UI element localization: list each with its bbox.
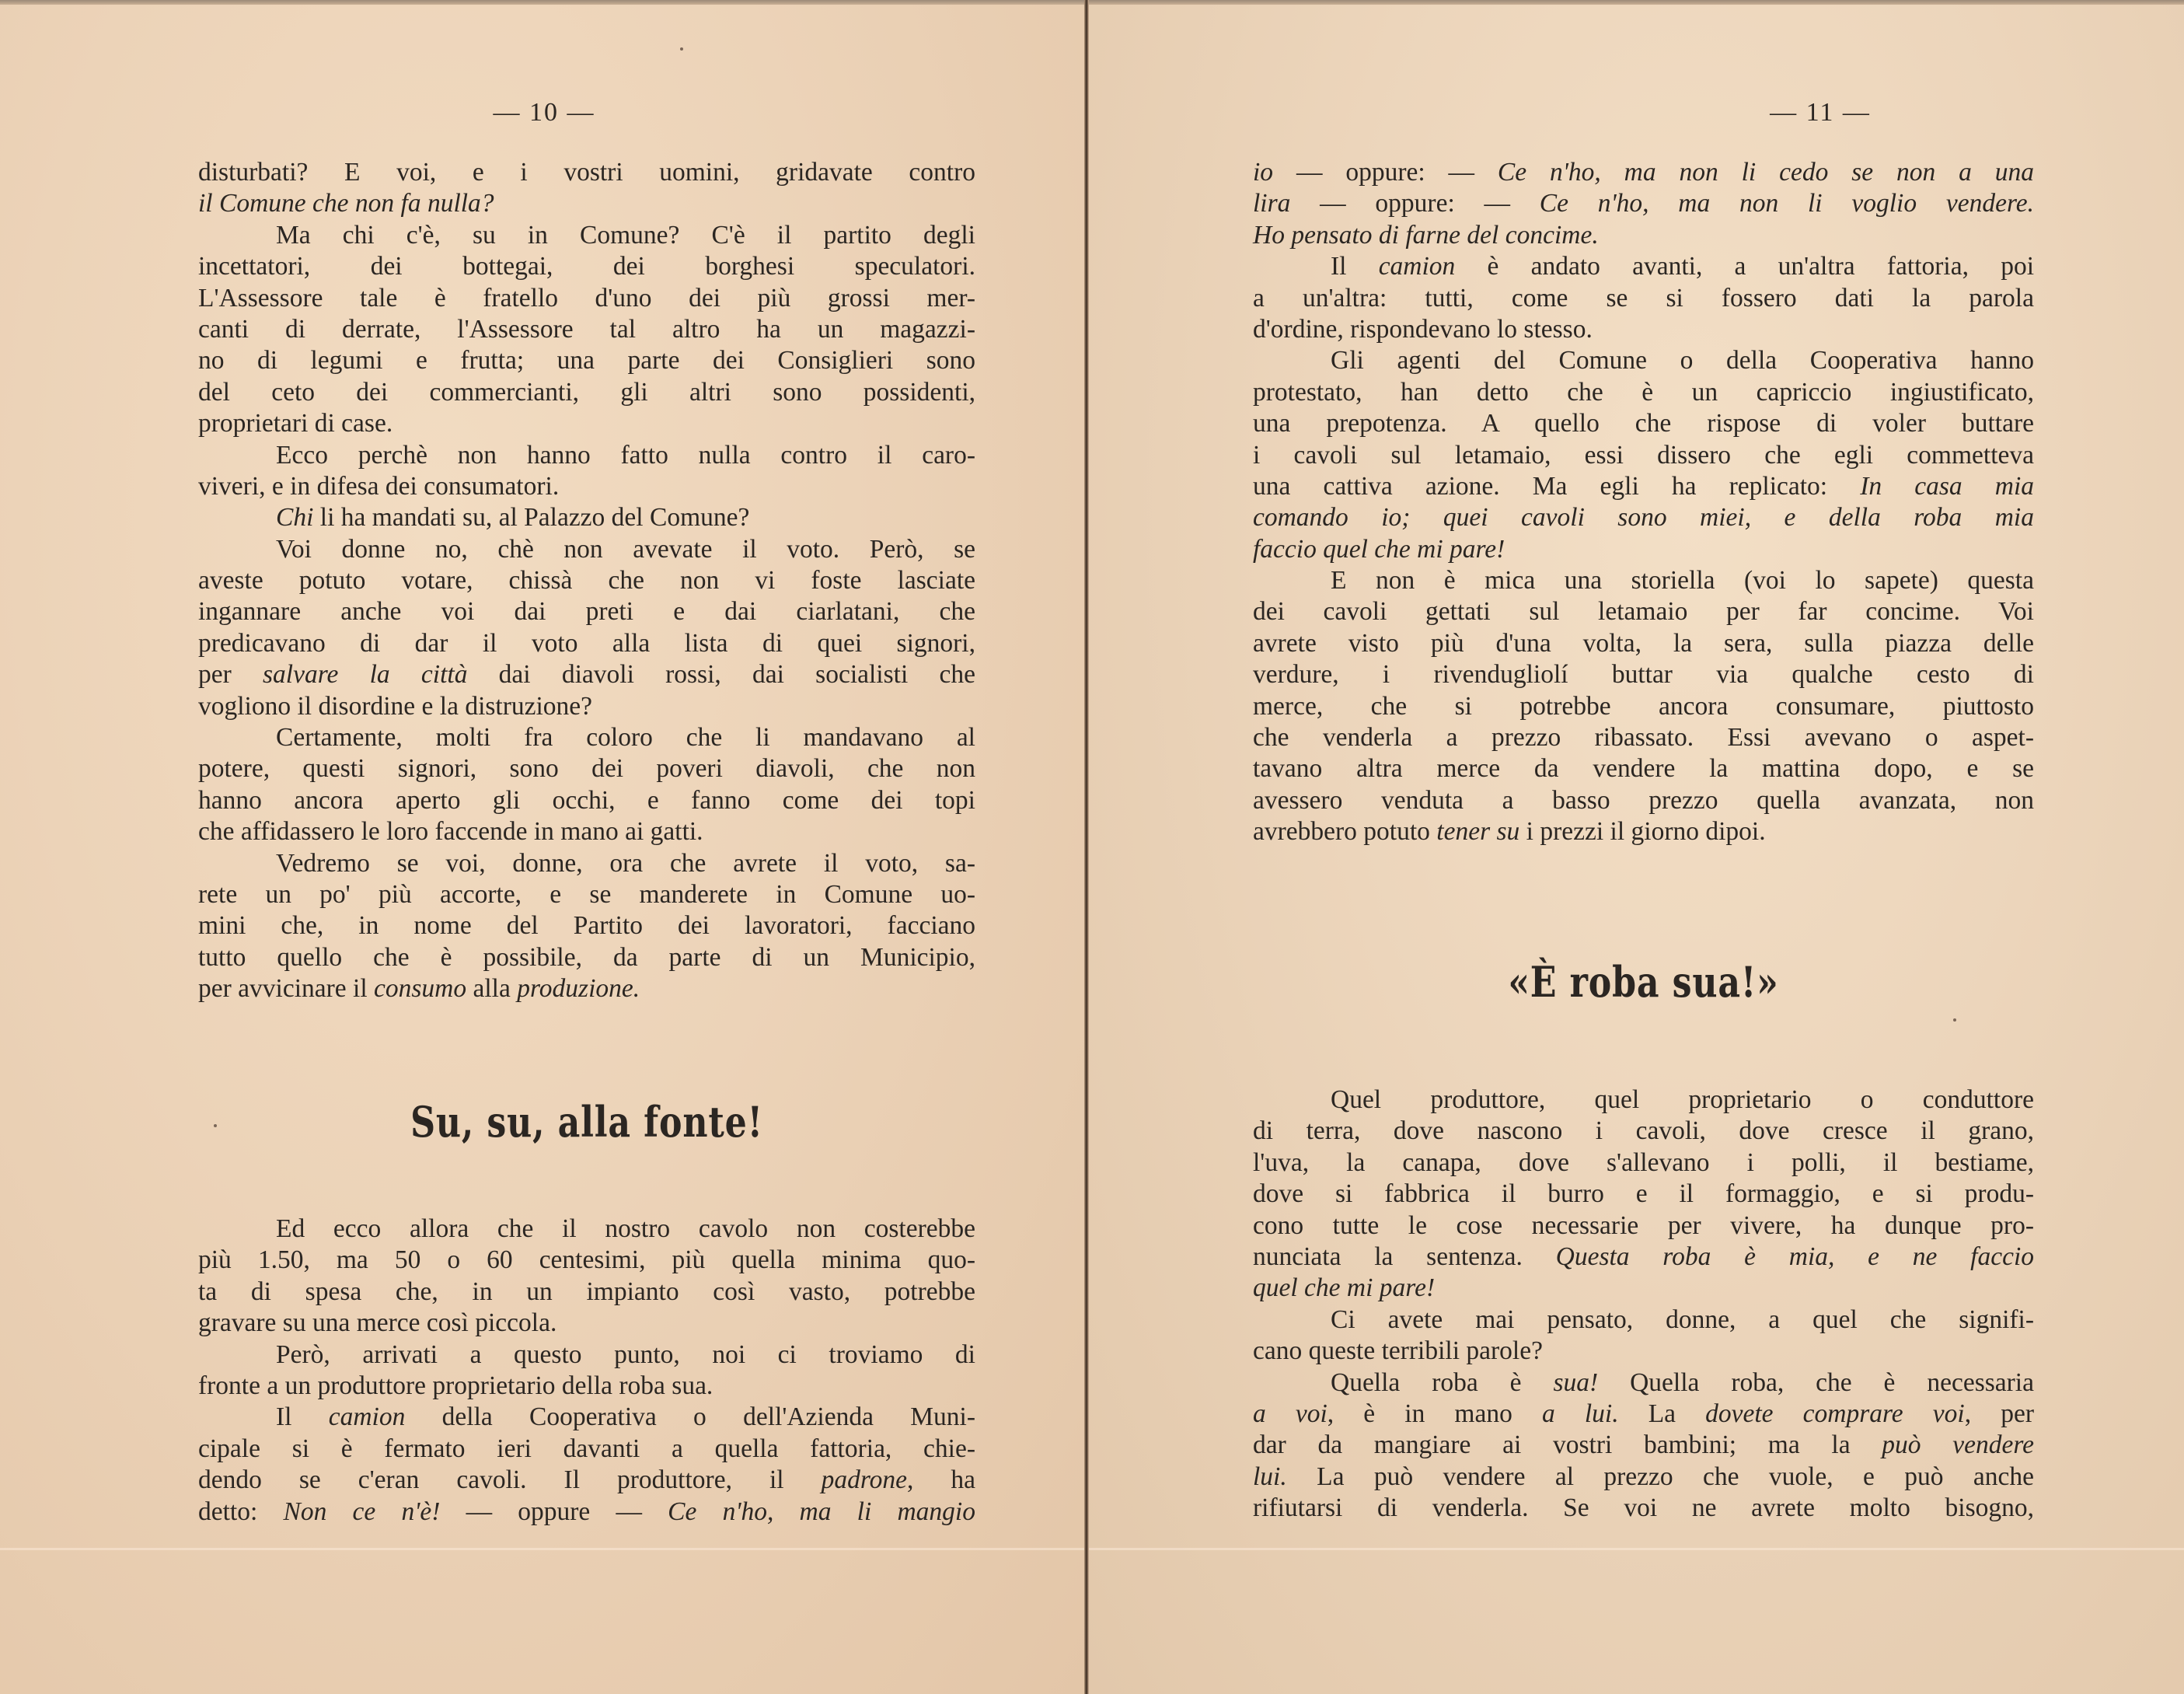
text-line: fronte a un produttore proprietario dell… [198,1371,975,1402]
text-line: Ho pensato di farne del concime. [1253,220,2034,251]
paper-speck [680,47,683,51]
text-run: Voi donne no, chè non avevate il voto. P… [276,535,975,564]
text-line: cono tutte le cose necessarie per vivere… [1253,1210,2034,1242]
text-line: cipale si è fermato ieri davanti a quell… [198,1434,975,1465]
text-run: incettatori, dei bottegai, dei borghesi … [198,252,975,281]
text-line: che affidassero le loro faccende in mano… [198,816,975,847]
italic-text: Ce n'ho, ma non li voglio vendere. [1540,189,2034,218]
text-run: che venderla a prezzo ribassato. Essi av… [1253,723,2034,752]
text-run: — oppure — [440,1497,668,1526]
text-run: Ma chi c'è, su in Comune? C'è il partito… [276,221,975,250]
text-run: aveste potuto votare, chissà che non vi … [198,566,975,595]
text-run: avrebbero potuto [1253,817,1436,846]
text-run: , è in mano [1327,1399,1542,1428]
left-page: — 10 — disturbati? E voi, e i vostri uom… [0,5,1087,1694]
text-line: rete un po' più accorte, e se manderete … [198,879,975,910]
text-line: potere, questi signori, sono dei poveri … [198,753,975,784]
text-run: potere, questi signori, sono dei poveri … [198,754,975,783]
text-run: d'ordine, rispondevano lo stesso. [1253,315,1593,344]
fold-crease [1089,1548,2184,1550]
text-run: fronte a un produttore proprietario dell… [198,1371,713,1400]
text-run: dei cavoli gettati sul letamaio per far … [1253,597,2034,626]
text-run: li ha mandati su, al Palazzo del Comune? [313,503,749,532]
text-line: ta di spesa che, in un impianto così vas… [198,1277,975,1308]
text-line: io — oppure: — Ce n'ho, ma non li cedo s… [1253,157,2034,188]
text-run: gravare su una merce così piccola. [198,1308,556,1337]
italic-text: lira [1253,189,1290,218]
text-line: detto: Non ce n'è! — oppure — Ce n'ho, m… [198,1497,975,1528]
text-run: proprietari di case. [198,409,392,438]
text-line: tavano altra merce da vendere la mattina… [1253,753,2034,784]
italic-text: Non ce n'è! [283,1497,440,1526]
text-line: gravare su una merce così piccola. [198,1308,975,1339]
text-line: dei cavoli gettati sul letamaio per far … [1253,596,2034,627]
text-line: avessero venduta a basso prezzo quella a… [1253,785,2034,816]
text-line: i cavoli sul letamaio, essi dissero che … [1253,440,2034,471]
text-run: E non è mica una storiella (voi lo sapet… [1331,566,2034,595]
text-run: Il [1331,252,1379,281]
italic-text: Ce n'ho, ma non li cedo se non a una [1498,158,2034,187]
italic-text: comando io; quei cavoli sono miei, e del… [1253,503,2034,532]
text-line: Certamente, molti fra coloro che li mand… [198,722,975,753]
text-run: tutto quello che è possibile, da parte d… [198,943,975,972]
text-run: verdure, i rivendugliolí buttar via qual… [1253,660,2034,689]
text-run: una prepotenza. A quello che rispose di … [1253,409,2034,438]
text-line: una cattiva azione. Ma egli ha replicato… [1253,471,2034,502]
italic-text: può vendere [1882,1430,2034,1459]
italic-text: camion [1379,252,1456,281]
text-line: comando io; quei cavoli sono miei, e del… [1253,502,2034,533]
section-heading: Su, su, alla fonte! [268,1097,905,1147]
text-run: protestato, han detto che è un capriccio… [1253,378,2034,407]
text-run: i prezzi il giorno dipoi. [1519,817,1765,846]
text-line: verdure, i rivendugliolí buttar via qual… [1253,659,2034,690]
italic-text: Questa roba è mia, e ne faccio [1556,1242,2034,1271]
text-run: — oppure: — [1273,158,1498,187]
text-run: mini che, in nome del Partito dei lavora… [198,911,975,940]
text-line: mini che, in nome del Partito dei lavora… [198,910,975,941]
text-run: i cavoli sul letamaio, essi dissero che … [1253,441,2034,470]
text-run: del ceto dei commercianti, gli altri son… [198,378,975,407]
italic-text: consumo [374,974,466,1003]
right-page: — 11 — io — oppure: — Ce n'ho, ma non li… [1089,5,2184,1694]
text-run: detto: [198,1497,283,1526]
text-run: cono tutte le cose necessarie per vivere… [1253,1211,2034,1240]
left-section1-text: disturbati? E voi, e i vostri uomini, gr… [198,157,975,1005]
text-line: Quel produttore, quel proprietario o con… [1253,1085,2034,1116]
text-run: è andato avanti, a un'altra fattoria, po… [1455,252,2034,281]
page-number: — 11 — [1665,98,1976,127]
text-line: avrete visto più d'una volta, la sera, s… [1253,628,2034,659]
text-line: incettatori, dei bottegai, dei borghesi … [198,251,975,282]
italic-text: a lui. [1542,1399,1619,1428]
text-run: L'Assessore tale è fratello d'uno dei pi… [198,284,975,313]
text-run: Ed ecco allora che il nostro cavolo non … [276,1214,975,1243]
right-section1-text: io — oppure: — Ce n'ho, ma non li cedo s… [1253,157,2034,848]
text-run: Gli agenti del Comune o della Cooperativ… [1331,346,2034,375]
text-line: di terra, dove nascono i cavoli, dove cr… [1253,1116,2034,1147]
text-run: avrete visto più d'una volta, la sera, s… [1253,629,2034,658]
text-run: Ecco perchè non hanno fatto nulla contro… [276,441,975,470]
text-line: Quella roba è sua! Quella roba, che è ne… [1253,1367,2034,1399]
text-line: dar da mangiare ai vostri bambini; ma la… [1253,1430,2034,1461]
section-heading: «È roba sua!» [1323,957,1963,1007]
text-run: merce, che si potrebbe ancora consumare,… [1253,692,2034,721]
right-section2-text: Quel produttore, quel proprietario o con… [1253,1085,2034,1524]
text-line: quel che mi pare! [1253,1273,2034,1304]
text-line: merce, che si potrebbe ancora consumare,… [1253,691,2034,722]
text-line: che venderla a prezzo ribassato. Essi av… [1253,722,2034,753]
text-line: faccio quel che mi pare! [1253,534,2034,565]
text-line: lira — oppure: — Ce n'ho, ma non li vogl… [1253,188,2034,219]
text-run: per avvicinare il [198,974,374,1003]
text-run: Certamente, molti fra coloro che li mand… [276,723,975,752]
text-run: disturbati? E voi, e i vostri uomini, gr… [198,158,975,187]
italic-text: quel che mi pare! [1253,1273,1435,1302]
text-line: vogliono il disordine e la distruzione? [198,691,975,722]
text-line: aveste potuto votare, chissà che non vi … [198,565,975,596]
text-line: L'Assessore tale è fratello d'uno dei pi… [198,283,975,314]
text-line: proprietari di case. [198,408,975,439]
text-line: una prepotenza. A quello che rispose di … [1253,408,2034,439]
italic-text: In casa mia [1860,472,2034,501]
text-line: a un'altra: tutti, come se si fossero da… [1253,283,2034,314]
italic-text: sua! [1553,1368,1598,1397]
left-section2-text: Ed ecco allora che il nostro cavolo non … [198,1214,975,1528]
italic-text: a voi [1253,1399,1327,1428]
text-run: viveri, e in difesa dei consumatori. [198,472,559,501]
text-line: tutto quello che è possibile, da parte d… [198,942,975,973]
text-line: rifiutarsi di venderla. Se voi ne avrete… [1253,1493,2034,1524]
text-line: per salvare la città dai diavoli rossi, … [198,659,975,690]
italic-text: Ce n'ho, ma li mangio [668,1497,975,1526]
text-run: di terra, dove nascono i cavoli, dove cr… [1253,1116,2034,1145]
text-line: predicavano di dar il voto alla lista di… [198,628,975,659]
text-line: cano queste terribili parole? [1253,1336,2034,1367]
text-run: Il [276,1402,329,1431]
text-run: Quel produttore, quel proprietario o con… [1331,1085,2034,1114]
text-run: ta di spesa che, in un impianto così vas… [198,1277,975,1306]
text-line: del ceto dei commercianti, gli altri son… [198,377,975,408]
text-line: disturbati? E voi, e i vostri uomini, gr… [198,157,975,188]
text-run: Però, arrivati a questo punto, noi ci tr… [276,1340,975,1369]
text-run: , per [1965,1399,2034,1428]
text-run: alla [466,974,517,1003]
text-line: Voi donne no, chè non avevate il voto. P… [198,534,975,565]
text-run: — oppure: — [1290,189,1539,218]
text-line: protestato, han detto che è un capriccio… [1253,377,2034,408]
text-line: no di legumi e frutta; una parte dei Con… [198,345,975,376]
text-run: della Cooperativa o dell'Azienda Muni- [405,1402,975,1431]
text-line: Il camion è andato avanti, a un'altra fa… [1253,251,2034,282]
italic-text: lui. [1253,1462,1287,1491]
italic-text: Ho pensato di farne del concime. [1253,221,1599,250]
text-run: dendo se c'eran cavoli. Il produttore, i… [198,1465,822,1494]
text-line: ingannare anche voi dai preti e dai ciar… [198,596,975,627]
text-run: nunciata la sentenza. [1253,1242,1556,1271]
text-line: nunciata la sentenza. Questa roba è mia,… [1253,1242,2034,1273]
text-run: che affidassero le loro faccende in mano… [198,817,703,846]
italic-text: io [1253,158,1273,187]
text-line: dove si fabbrica il burro e il formaggio… [1253,1179,2034,1210]
italic-text: tener su [1436,817,1519,846]
text-line: viveri, e in difesa dei consumatori. [198,471,975,502]
text-run: cipale si è fermato ieri davanti a quell… [198,1434,975,1463]
text-run: cano queste terribili parole? [1253,1336,1543,1365]
text-run: per [198,660,263,689]
text-run: avessero venduta a basso prezzo quella a… [1253,786,2034,815]
italic-text: padrone [822,1465,907,1494]
italic-text: dovete comprare voi [1705,1399,1965,1428]
text-line: più 1.50, ma 50 o 60 centesimi, più quel… [198,1245,975,1276]
text-line: d'ordine, rispondevano lo stesso. [1253,314,2034,345]
text-run: dar da mangiare ai vostri bambini; ma la [1253,1430,1882,1459]
text-run: hanno ancora aperto gli occhi, e fanno c… [198,786,975,815]
text-line: Però, arrivati a questo punto, noi ci tr… [198,1339,975,1371]
text-run: tavano altra merce da vendere la mattina… [1253,754,2034,783]
text-run: l'uva, la canapa, dove s'allevano i poll… [1253,1148,2034,1177]
text-line: hanno ancora aperto gli occhi, e fanno c… [198,785,975,816]
text-line: Il camion della Cooperativa o dell'Azien… [198,1402,975,1433]
text-run: , ha [907,1465,975,1494]
text-line: Ed ecco allora che il nostro cavolo non … [198,1214,975,1245]
text-run: a un'altra: tutti, come se si fossero da… [1253,284,2034,313]
paper-speck [214,1124,217,1127]
text-run: no di legumi e frutta; una parte dei Con… [198,346,975,375]
text-line: Ci avete mai pensato, donne, a quel che … [1253,1305,2034,1336]
text-line: il Comune che non fa nulla? [198,188,975,219]
italic-text: Chi [276,503,313,532]
text-line: avrebbero potuto tener su i prezzi il gi… [1253,816,2034,847]
text-run: più 1.50, ma 50 o 60 centesimi, più quel… [198,1245,975,1274]
italic-text: produzione. [517,974,640,1003]
text-run: canti di derrate, l'Assessore tal altro … [198,315,975,344]
text-line: dendo se c'eran cavoli. Il produttore, i… [198,1465,975,1496]
text-line: canti di derrate, l'Assessore tal altro … [198,314,975,345]
text-run: vogliono il disordine e la distruzione? [198,692,592,721]
paper-speck [1953,1018,1956,1022]
text-line: Gli agenti del Comune o della Cooperativ… [1253,345,2034,376]
text-line: Ma chi c'è, su in Comune? C'è il partito… [198,220,975,251]
page-number: — 10 — [389,98,700,127]
text-run: dai diavoli rossi, dai socialisti che [467,660,975,689]
text-run: predicavano di dar il voto alla lista di… [198,629,975,658]
text-run: La può vendere al prezzo che vuole, e pu… [1287,1462,2034,1491]
fold-crease [0,1548,1087,1550]
text-run: rifiutarsi di venderla. Se voi ne avrete… [1253,1493,2034,1522]
text-run: Quella roba è [1331,1368,1553,1397]
text-run: Vedremo se voi, donne, ora che avrete il… [276,849,975,878]
text-run: dove si fabbrica il burro e il formaggio… [1253,1179,2034,1208]
text-run: Quella roba, che è necessaria [1598,1368,2034,1397]
text-line: l'uva, la canapa, dove s'allevano i poll… [1253,1147,2034,1179]
italic-text: salvare la città [263,660,467,689]
text-run: rete un po' più accorte, e se manderete … [198,880,975,909]
text-run: ingannare anche voi dai preti e dai ciar… [198,597,975,626]
text-run: Ci avete mai pensato, donne, a quel che … [1331,1305,2034,1334]
text-line: lui. La può vendere al prezzo che vuole,… [1253,1462,2034,1493]
text-line: Ecco perchè non hanno fatto nulla contro… [198,440,975,471]
text-line: a voi, è in mano a lui. La dovete compra… [1253,1399,2034,1430]
text-line: Vedremo se voi, donne, ora che avrete il… [198,848,975,879]
text-line: Chi li ha mandati su, al Palazzo del Com… [198,502,975,533]
italic-text: il Comune che non fa nulla? [198,189,494,218]
text-run: una cattiva azione. Ma egli ha replicato… [1253,472,1860,501]
italic-text: camion [329,1402,406,1431]
italic-text: faccio quel che mi pare! [1253,535,1505,564]
text-run: La [1619,1399,1706,1428]
text-line: E non è mica una storiella (voi lo sapet… [1253,565,2034,596]
text-line: per avvicinare il consumo alla produzion… [198,973,975,1004]
